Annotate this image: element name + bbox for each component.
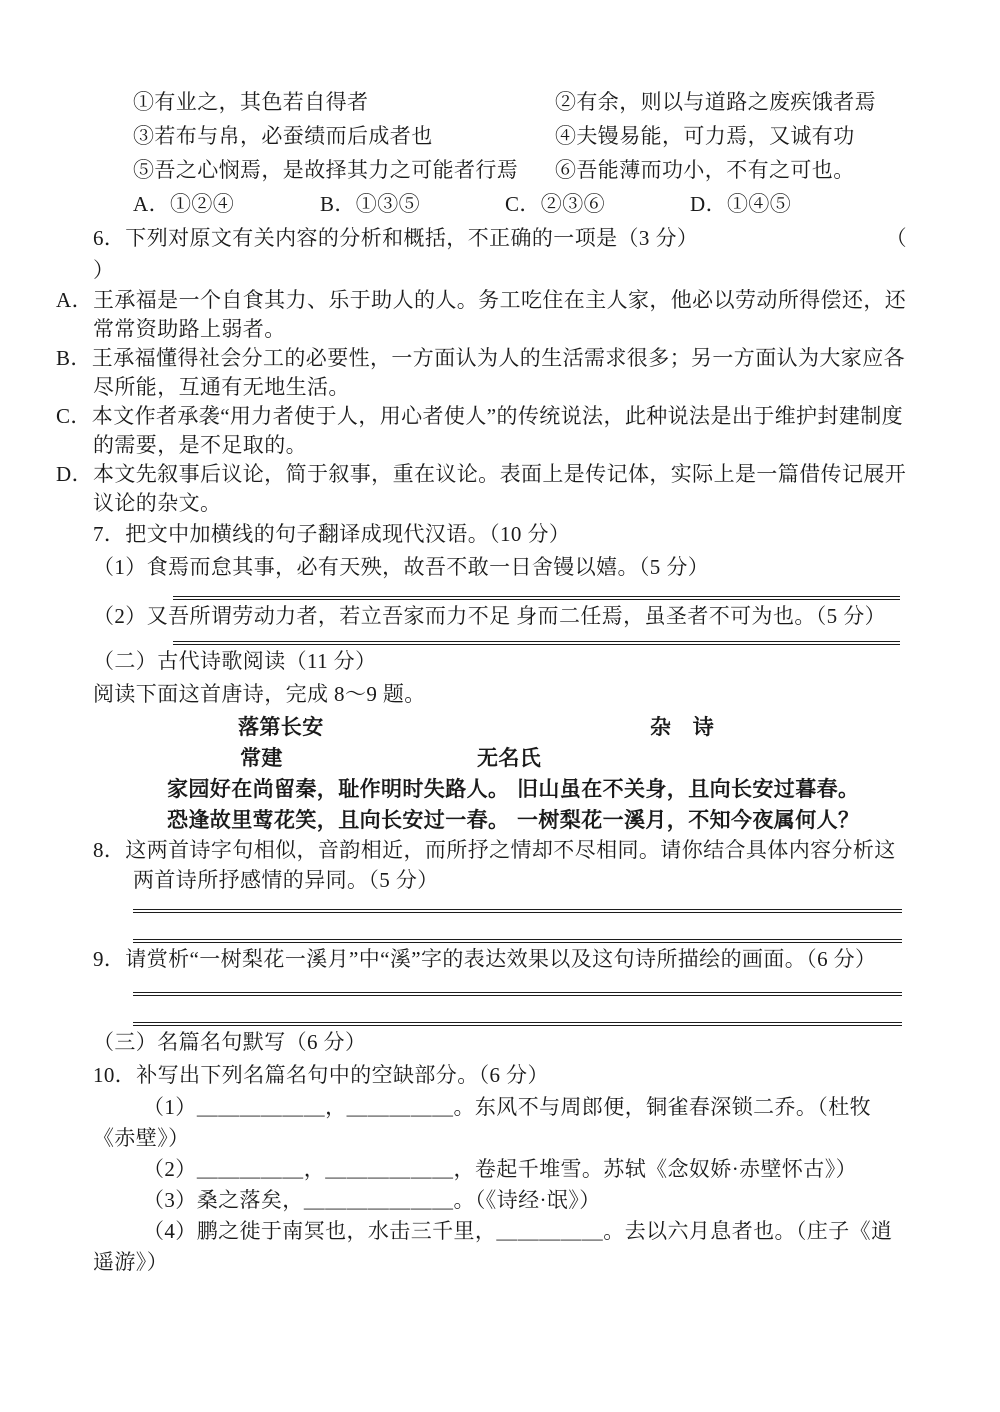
poem2-author: 无名氏: [477, 742, 541, 772]
section2-intro: 阅读下面这首唐诗，完成 8～9 题。: [93, 678, 907, 711]
q5-option-row: ①有业之，其色若自得者 ②有余，则以与道路之废疾饿者焉: [93, 86, 907, 120]
q5-option-6: ⑥吾能薄而功小，不有之可也。: [555, 154, 855, 184]
q10-item-4: （4）鹏之徙于南冥也，水击三千里，＿＿＿＿＿。去以六月息者也。（庄子《逍遥游》）: [93, 1216, 907, 1278]
section3-heading: （三）名篇名句默写（6 分）: [93, 1026, 907, 1059]
q6-option-a: A．王承福是一个自食其力、乐于助人的人。务工吃住在主人家，他必以劳动所得偿还，还…: [93, 286, 907, 344]
poem1-verse-1: 家园好在尚留秦，耻作明时失路人。: [167, 773, 509, 803]
poem2-verse-2: 一树梨花一溪月，不知今夜属何人？: [517, 804, 859, 834]
q8-answer-line-1: [133, 909, 902, 913]
poem1-author: 常建: [240, 742, 283, 772]
q5-option-1: ①有业之，其色若自得者: [133, 86, 368, 116]
q5-option-2: ②有余，则以与道路之废疾饿者焉: [555, 86, 876, 116]
q6-answer-bracket-open: （: [886, 222, 907, 255]
poem1-verse-2: 恐逢故里莺花笑，且向长安过一春。: [167, 804, 509, 834]
q9-answer-line-1: [133, 992, 902, 996]
q6-answer-bracket-close: ）: [93, 255, 907, 286]
q9-stem: 9．请赏析“一树梨花一溪月”中“溪”字的表达效果以及这句诗所描绘的画面。（6 分…: [93, 943, 907, 976]
q5-choice-d: D．①④⑤: [690, 188, 791, 218]
q6-option-d: D．本文先叙事后议论，简于叙事，重在议论。表面上是传记体，实际上是一篇借传记展开…: [93, 460, 907, 518]
q5-option-5: ⑤吾之心悯焉，是故择其力之可能者行焉: [133, 154, 518, 184]
poem-title-row: 落第长安 杂 诗: [93, 711, 907, 742]
q10-item-2: （2）＿＿＿＿＿，＿＿＿＿＿＿，卷起千堆雪。苏轼《念奴娇·赤壁怀古》）: [93, 1154, 907, 1185]
q6-option-b: B．王承福懂得社会分工的必要性，一方面认为人的生活需求很多；另一方面认为大家应各…: [93, 344, 907, 402]
q5-option-3: ③若布与帛，必蚕绩而后成者也: [133, 120, 433, 150]
poem-verse-row: 恐逢故里莺花笑，且向长安过一春。 一树梨花一溪月，不知今夜属何人？: [93, 804, 907, 835]
q7-part2: （2）又吾所谓劳动力者，若立吾家而力不足 身而二任焉，虽圣者不可为也。（5 分）: [93, 600, 907, 633]
q5-choice-c: C．②③⑥: [505, 188, 605, 218]
q8-stem: 8．这两首诗字句相似，音韵相近，而所抒之情却不尽相同。请你结合具体内容分析这两首…: [93, 835, 907, 895]
poem-author-row: 常建 无名氏: [93, 742, 907, 773]
q5-option-row: ⑤吾之心悯焉，是故择其力之可能者行焉 ⑥吾能薄而功小，不有之可也。: [93, 154, 907, 188]
exam-paper-page: ①有业之，其色若自得者 ②有余，则以与道路之废疾饿者焉 ③若布与帛，必蚕绩而后成…: [0, 0, 1000, 1412]
q7-part1: （1）食焉而怠其事，必有天殃，故吾不敢一日舍镘以嬉。（5 分）: [93, 551, 907, 584]
q7-stem: 7．把文中加横线的句子翻译成现代汉语。（10 分）: [93, 518, 907, 551]
q6-option-c: C．本文作者承袭“用力者使于人，用心者使人”的传统说法，此种说法是出于维护封建制…: [93, 402, 907, 460]
q5-choice-a: A．①②④: [133, 188, 234, 218]
q5-choices-row: A．①②④ B．①③⑤ C．②③⑥ D．①④⑤: [93, 188, 907, 222]
q10-item-1: （1）＿＿＿＿＿＿，＿＿＿＿＿。东风不与周郎便，铜雀春深锁二乔。（杜牧《赤壁》）: [93, 1092, 907, 1154]
section2-heading: （二）古代诗歌阅读（11 分）: [93, 645, 907, 678]
q5-option-row: ③若布与帛，必蚕绩而后成者也 ④夫镘易能，可力焉，又诚有功: [93, 120, 907, 154]
poem1-title: 落第长安: [238, 711, 324, 741]
q5-choice-b: B．①③⑤: [320, 188, 420, 218]
q6-stem: 6．下列对原文有关内容的分析和概括，不正确的一项是（3 分）: [93, 222, 698, 255]
poem2-title: 杂 诗: [650, 711, 714, 741]
q6-stem-line: 6．下列对原文有关内容的分析和概括，不正确的一项是（3 分）（: [93, 222, 907, 255]
q10-item-3: （3）桑之落矣，＿＿＿＿＿＿＿。（《诗经·氓》）: [93, 1185, 907, 1216]
poem-verse-row: 家园好在尚留秦，耻作明时失路人。 旧山虽在不关身，且向长安过暮春。: [93, 773, 907, 804]
q5-option-4: ④夫镘易能，可力焉，又诚有功: [555, 120, 855, 150]
poem2-verse-1: 旧山虽在不关身，且向长安过暮春。: [517, 773, 859, 803]
q10-stem: 10．补写出下列名篇名句中的空缺部分。（6 分）: [93, 1059, 907, 1092]
